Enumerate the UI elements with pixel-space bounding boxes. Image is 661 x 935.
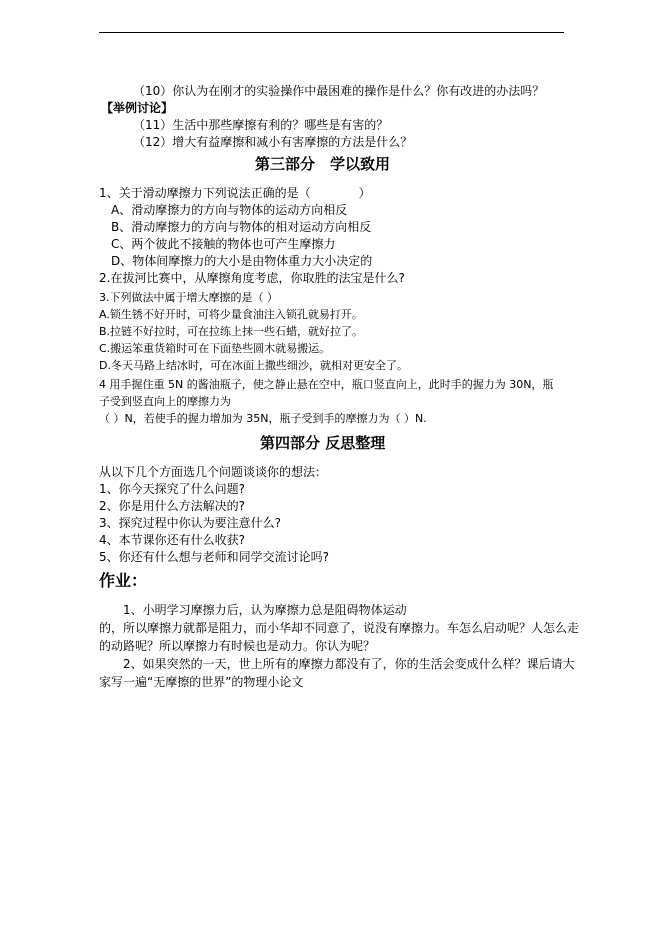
header-rule: [99, 32, 564, 33]
homework-p2-line1: 2、如果突然的一天，世上所有的摩擦力都没有了，你的生活会变成什么样？课后请大: [123, 657, 575, 672]
part4-item-1: 1、你今天探究了什么问题?: [99, 482, 245, 497]
part4-item-5: 5、你还有什么想与老师和同学交流讨论吗?: [99, 550, 329, 565]
homework-p1-line1: 1、小明学习摩擦力后，认为摩擦力总是阻碍物体运动: [123, 603, 407, 618]
homework-p1-line3: 的动路呢？所以摩擦力有时候也是动力。你认为呢？: [99, 639, 375, 654]
q4-line3: （ ）N，若使手的握力增加为 35N，瓶子受到手的摩擦力为（ ）N.: [99, 411, 427, 426]
homework-p1-line2: 的，所以摩擦力就都是阻力，而小华却不同意了，说没有摩擦力。车怎么启动呢？人怎么走: [99, 621, 579, 636]
discussion-heading: 【举例讨论】: [101, 101, 173, 116]
q1-option-b: B、滑动摩擦力的方向与物体的相对运动方向相反: [111, 220, 371, 235]
question-11: （11）生活中那些摩擦有利的？哪些是有害的？: [133, 118, 388, 133]
part4-intro: 从以下几个方面选几个问题谈谈你的想法：: [99, 465, 327, 480]
homework-title: 作业：: [99, 571, 147, 591]
q3-option-c: C.搬运笨重货箱时可在下面垫些圆木就易搬运。: [99, 341, 330, 356]
q4-line1: 4 用手握住重 5N 的酱油瓶子，使之静止悬在空中，瓶口竖直向上，此时手的握力为…: [99, 377, 553, 392]
homework-p2-line2: 家写一遍“无摩擦的世界”的物理小论文: [99, 675, 303, 690]
q3-stem: 3.下列做法中属于增大摩擦的是（ ）: [99, 290, 278, 305]
q1-option-c: C、两个彼此不接触的物体也可产生摩擦力: [111, 237, 335, 252]
question-10: （10）你认为在刚才的实验操作中最困难的操作是什么？你有改进的办法吗？: [133, 84, 544, 99]
q1-option-a: A、滑动摩擦力的方向与物体的运动方向相反: [111, 203, 347, 218]
part3-title: 第三部分 学以致用: [255, 155, 390, 173]
q3-option-d: D.冬天马路上结冰时，可在冰面上撒些细沙，就相对更安全了。: [99, 358, 408, 373]
q3-option-a: A.锁生锈不好开时，可将少量食油注入锁孔就易打开。: [99, 307, 363, 322]
part4-item-2: 2、你是用什么方法解决的?: [99, 499, 245, 514]
question-12: （12）增大有益摩擦和减小有害摩擦的方法是什么？: [133, 135, 412, 150]
part4-item-4: 4、本节课你还有什么收获?: [99, 533, 245, 548]
q2: 2.在拔河比赛中，从摩擦角度考虑，你取胜的法宝是什么?: [99, 271, 405, 286]
q1-stem: 1、关于滑动摩擦力下列说法正确的是（ ）: [99, 186, 371, 201]
q1-option-d: D、物体间摩擦力的大小是由物体重力大小决定的: [111, 254, 372, 269]
part4-title: 第四部分 反思整理: [260, 434, 385, 452]
q3-option-b: B.拉链不好拉时，可在拉练上抹一些石蜡，就好拉了。: [99, 324, 363, 339]
q4-line2: 子受到竖直向上的摩擦力为: [99, 394, 231, 409]
part4-item-3: 3、探究过程中你认为要注意什么?: [99, 516, 281, 531]
